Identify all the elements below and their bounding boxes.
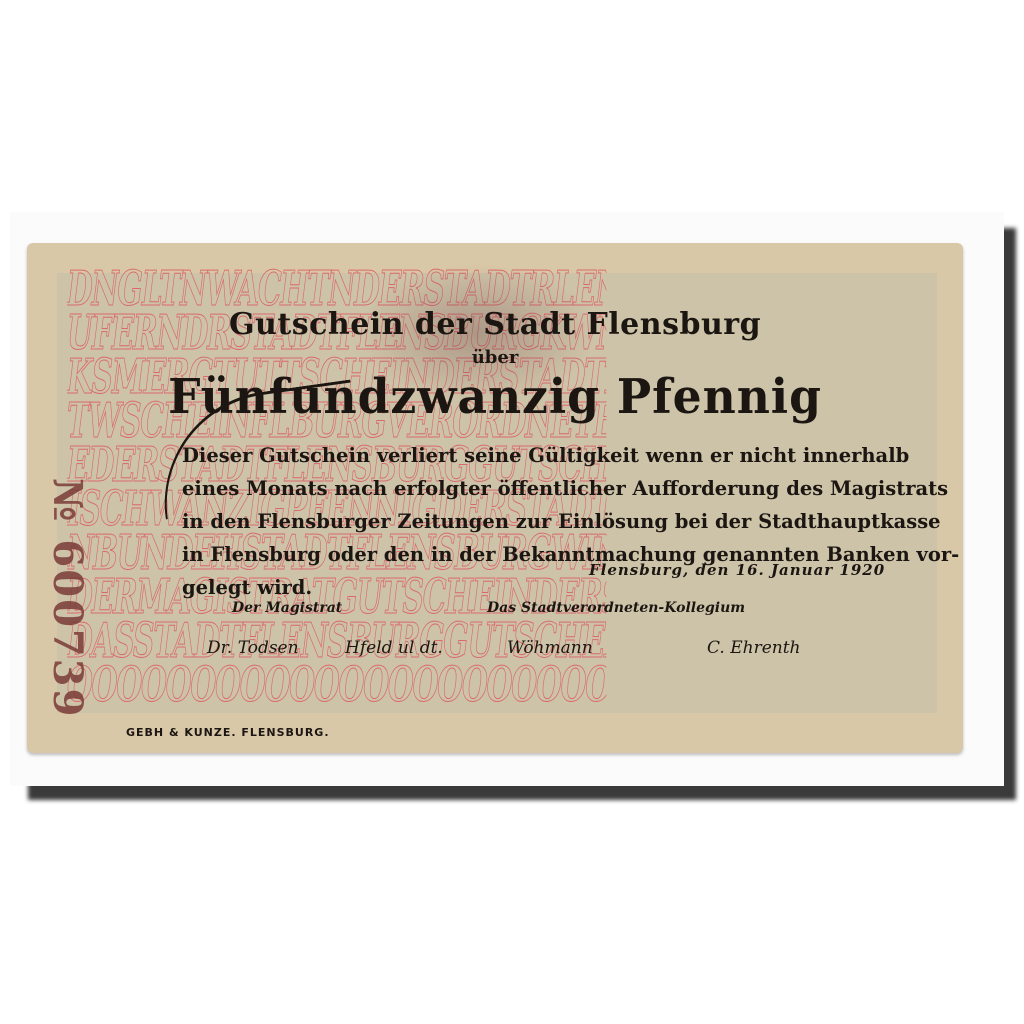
signatory-magistrat: Der Magistrat	[232, 600, 342, 616]
note-title: Gutschein der Stadt Flensburg	[27, 307, 963, 342]
signature: Hfeld ul dt.	[345, 638, 443, 658]
body-line: Dieser Gutschein verliert seine Gültigke…	[182, 439, 942, 472]
signature: Dr. Todsen	[207, 638, 299, 658]
banknote: DNGLTNWACHTNDERSTADTRLENSBURCHSWKCEURCHU…	[27, 243, 963, 753]
body-line: in den Flensburger Zeitungen zur Einlösu…	[182, 505, 942, 538]
signature: Wöhmann	[507, 638, 593, 658]
guilloche-row: OOOOOOOOOOOOOOOOOOOOOOOOOOOOOOOOOOOOOO	[67, 663, 606, 707]
serial-number: № 600739	[44, 478, 91, 718]
signature: C. Ehrenth	[707, 638, 800, 658]
printer-imprint: GEBH & KUNZE. FLENSBURG.	[126, 726, 330, 739]
note-body-text: Dieser Gutschein verliert seine Gültigke…	[182, 439, 942, 604]
place-date: Flensburg, den 16. Januar 1920	[589, 561, 885, 579]
signatory-kollegium: Das Stadtverordneten-Kollegium	[487, 600, 745, 616]
note-amount: Fünfundzwanzig Pfennig	[50, 369, 939, 425]
body-line: eines Monats nach erfolgter öffentlicher…	[182, 472, 942, 505]
note-over: über	[27, 347, 963, 368]
